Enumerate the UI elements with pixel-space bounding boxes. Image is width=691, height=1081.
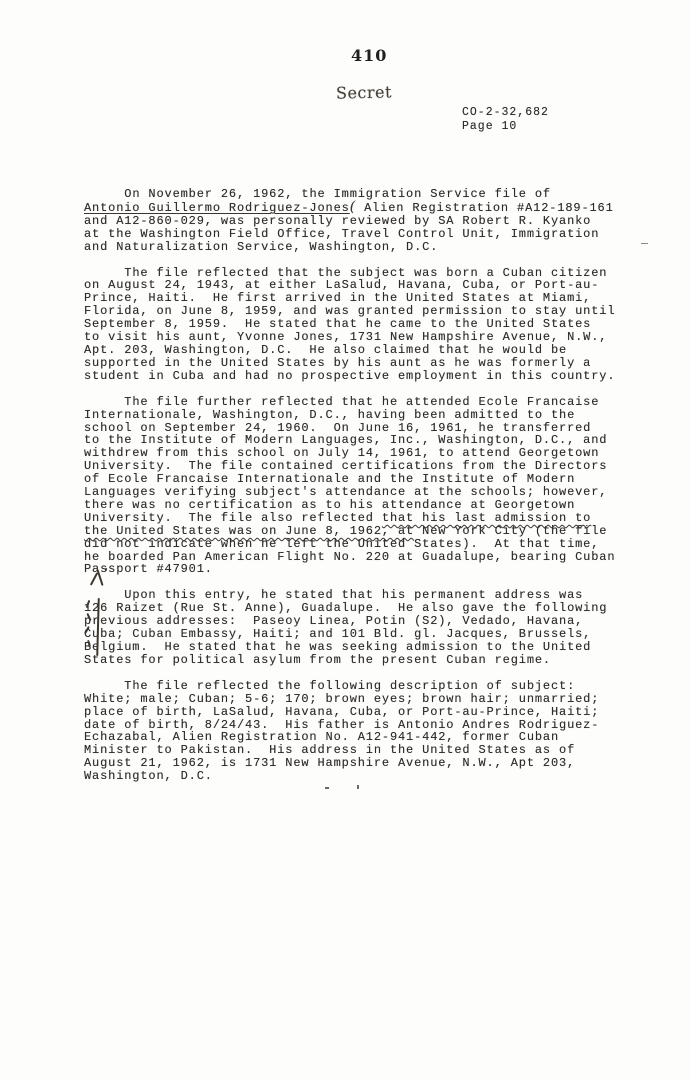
ink-speck (641, 243, 648, 244)
ink-speck (357, 785, 359, 789)
classification-stamp: Secret (336, 82, 392, 102)
body-text: On November 26, 1962, the Immigration Se… (84, 187, 551, 201)
handwritten-dot-mark (105, 568, 107, 571)
body-text: The file reflected the following descrip… (84, 679, 599, 783)
paragraph: On November 26, 1962, the Immigration Se… (84, 188, 646, 254)
document-reference-number: CO-2-32,682 (462, 106, 549, 120)
paragraph: The file reflected the following descrip… (84, 680, 646, 783)
document-page: 410 Secret CO-2-32,682 Page 10 On Novemb… (0, 0, 691, 1081)
ink-speck (325, 787, 329, 789)
page-label: Page 10 (462, 120, 549, 134)
page-stamp-number: 410 (351, 46, 387, 65)
document-body: On November 26, 1962, the Immigration Se… (84, 188, 646, 796)
document-reference-block: CO-2-32,682 Page 10 (462, 106, 549, 134)
paragraph: The file further reflected that he atten… (84, 396, 646, 577)
paragraph: Upon this entry, he stated that his perm… (84, 589, 646, 666)
body-text: The file further reflected that he atten… (84, 395, 607, 525)
body-text: Upon this entry, he stated that his perm… (84, 588, 607, 667)
underlined-subject-name: Antonio Guillermo Rodriguez-Jones (84, 201, 350, 215)
paragraph: The file reflected that the subject was … (84, 267, 646, 383)
body-text: The file reflected that the subject was … (84, 266, 615, 383)
